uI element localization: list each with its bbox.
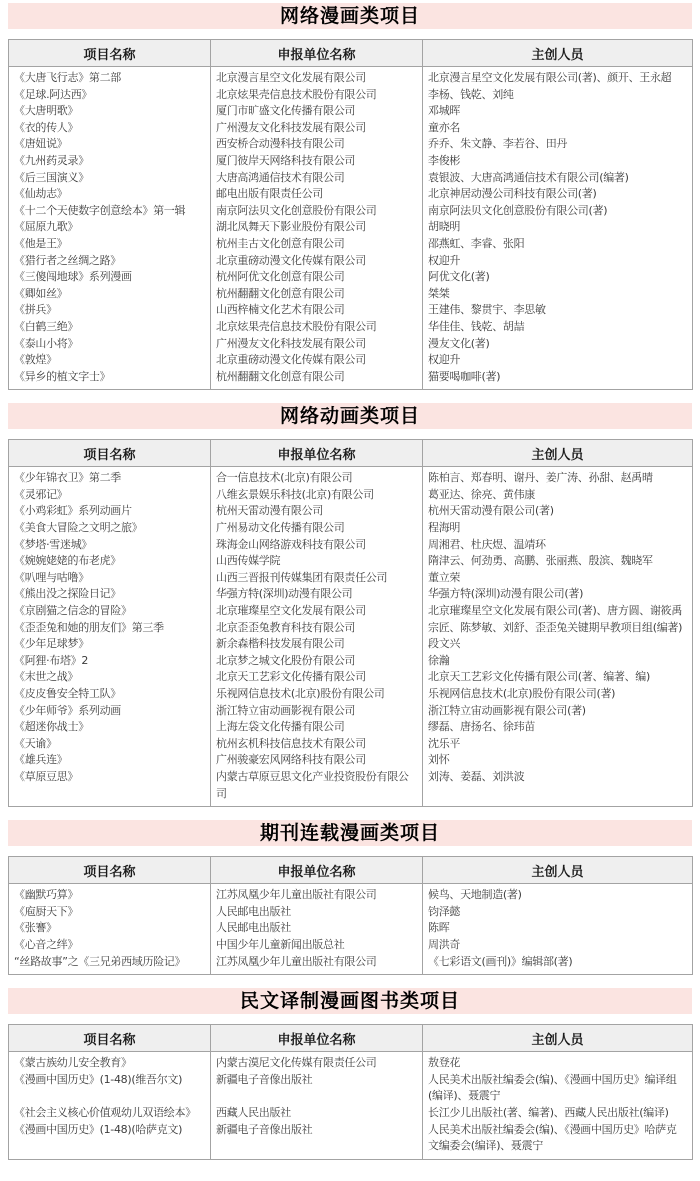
creators-cell: 邓城晖 [423,103,693,120]
project-name-cell: 《少年师爷》系列动画 [9,703,211,720]
table-row: 《卿如丝》 杭州翻翻文化创意有限公司 桀桀 [9,286,693,303]
project-name-cell: 《阿狸·布塔》2 [9,653,211,670]
creators-cell: 乐视网信息技术(北京)股份有限公司(著) [423,686,693,703]
table-row: 《梦塔·雪迷城》 珠海金山网络游戏科技有限公司 周湘君、杜庆煜、温靖环 [9,537,693,554]
unit-name-cell: 人民邮电出版社 [211,920,423,937]
creators-cell: 李俊彬 [423,153,693,170]
project-name-cell: 《歪歪兔和她的朋友们》第三季 [9,620,211,637]
column-header-project-name: 项目名称 [9,440,211,467]
table-row: 《猎行者之丝绸之路》 北京重磅动漫文化传媒有限公司 权迎升 [9,253,693,270]
unit-name-cell: 广州漫友文化科技发展有限公司 [211,336,423,353]
unit-name-cell: 江苏凤凰少年儿童出版社有限公司 [211,884,423,904]
table-row: 《末世之战》 北京天工艺彩文化传播有限公司 北京天工艺彩文化传播有限公司(著、编… [9,669,693,686]
creators-cell: 人民美术出版社编委会(编)、《漫画中国历史》编译组(编译)、聂震宁 [423,1072,693,1105]
project-name-cell: 《九州药灵录》 [9,153,211,170]
projects-table: 项目名称 申报单位名称 主创人员 《幽默巧算》 江苏凤凰少年儿童出版社有限公司 … [8,856,693,975]
section-title: 网络漫画类项目 [8,3,692,29]
unit-name-cell: 西藏人民出版社 [211,1105,423,1122]
table-header-row: 项目名称 申报单位名称 主创人员 [9,857,693,884]
column-header-unit-name: 申报单位名称 [211,1025,423,1052]
table-row: 《心音之绊》 中国少年儿童新闻出版总社 周洪奇 [9,937,693,954]
project-name-cell: 《衣的传人》 [9,120,211,137]
project-name-cell: 《漫画中国历史》(1-48)(维吾尔文) [9,1072,211,1105]
column-header-creators: 主创人员 [423,40,693,67]
unit-name-cell: 湖北凤舞天下影业股份有限公司 [211,219,423,236]
project-name-cell: 《超迷你战士》 [9,719,211,736]
project-section: 网络动画类项目 项目名称 申报单位名称 主创人员 《少年锦衣卫》第二季 合一信息… [8,403,692,807]
project-name-cell: 《婉婉姥姥的布老虎》 [9,553,211,570]
unit-name-cell: 新余森楷科技发展有限公司 [211,636,423,653]
table-row: 《蒙古族幼儿安全教育》 内蒙古漠尼文化传媒有限责任公司 敖登花 [9,1052,693,1072]
creators-cell: 胡晓明 [423,219,693,236]
table-row: 《足球.阿达西》 北京炫果壳信息技术股份有限公司 李杨、钱乾、刘纯 [9,87,693,104]
unit-name-cell: 北京璀璨星空文化发展有限公司 [211,603,423,620]
creators-cell: 周洪奇 [423,937,693,954]
table-row: “丝路故事”之《三兄弟西域历险记》 江苏凤凰少年儿童出版社有限公司 《七彩语文(… [9,954,693,975]
table-row: 《漫画中国历史》(1-48)(维吾尔文) 新疆电子音像出版社 人民美术出版社编委… [9,1072,693,1105]
table-row: 《婉婉姥姥的布老虎》 山西传媒学院 隋津云、何劲勇、高鹏、张丽燕、殷滨、魏晓军 [9,553,693,570]
project-name-cell: 《庖厨天下》 [9,904,211,921]
creators-cell: 刘怀 [423,752,693,769]
project-name-cell: 《后三国演义》 [9,170,211,187]
creators-cell: 权迎升 [423,352,693,369]
project-name-cell: 《他是王》 [9,236,211,253]
project-name-cell: 《仙劫志》 [9,186,211,203]
creators-cell: 程海明 [423,520,693,537]
unit-name-cell: 山西梓楠文化艺术有限公司 [211,302,423,319]
project-name-cell: 《漫画中国历史》(1-48)(哈萨克文) [9,1122,211,1160]
table-header-row: 项目名称 申报单位名称 主创人员 [9,1025,693,1052]
project-name-cell: 《草原豆思》 [9,769,211,807]
project-name-cell: 《敦煌》 [9,352,211,369]
table-header-row: 项目名称 申报单位名称 主创人员 [9,440,693,467]
unit-name-cell: 山西传媒学院 [211,553,423,570]
project-name-cell: 《足球.阿达西》 [9,87,211,104]
column-header-creators: 主创人员 [423,1025,693,1052]
unit-name-cell: 杭州翻翻文化创意有限公司 [211,369,423,390]
unit-name-cell: 中国少年儿童新闻出版总社 [211,937,423,954]
creators-cell: 缪磊、唐扬名、徐玮苗 [423,719,693,736]
project-name-cell: 《京剧猫之信念的冒险》 [9,603,211,620]
creators-cell: 杭州天雷动漫有限公司(著) [423,503,693,520]
table-row: 《张謇》 人民邮电出版社 陈晖 [9,920,693,937]
table-row: 《后三国演义》 大唐高鸿通信技术有限公司 袁银波、大唐高鸿通信技术有限公司(编著… [9,170,693,187]
unit-name-cell: 广州漫友文化科技发展有限公司 [211,120,423,137]
unit-name-cell: 北京梦之城文化股份有限公司 [211,653,423,670]
sections-container: 网络漫画类项目 项目名称 申报单位名称 主创人员 《大唐飞行志》第二部 北京漫言… [8,3,692,1160]
project-name-cell: 《末世之战》 [9,669,211,686]
creators-cell: 浙江特立宙动画影视有限公司(著) [423,703,693,720]
table-row: 《三傻闯地球》系列漫画 杭州阿优文化创意有限公司 阿优文化(著) [9,269,693,286]
creators-cell: 王建伟、黎贯宇、李思敏 [423,302,693,319]
table-row: 《漫画中国历史》(1-48)(哈萨克文) 新疆电子音像出版社 人民美术出版社编委… [9,1122,693,1160]
column-header-project-name: 项目名称 [9,857,211,884]
project-name-cell: 《美食大冒险之文明之旅》 [9,520,211,537]
unit-name-cell: 北京漫言星空文化发展有限公司 [211,67,423,87]
creators-cell: 邵燕虹、李睿、张阳 [423,236,693,253]
unit-name-cell: 内蒙古草原豆思文化产业投资股份有限公司 [211,769,423,807]
project-name-cell: 《十二个天使数字创意绘本》第一辑 [9,203,211,220]
creators-cell: 《七彩语文(画刊)》编辑部(著) [423,954,693,975]
creators-cell: 刘涛、姜磊、刘洪波 [423,769,693,807]
projects-table: 项目名称 申报单位名称 主创人员 《少年锦衣卫》第二季 合一信息技术(北京)有限… [8,439,693,807]
project-name-cell: 《大唐明歌》 [9,103,211,120]
project-section: 网络漫画类项目 项目名称 申报单位名称 主创人员 《大唐飞行志》第二部 北京漫言… [8,3,692,390]
project-name-cell: 《蒙古族幼儿安全教育》 [9,1052,211,1072]
project-name-cell: 《皮皮鲁安全特工队》 [9,686,211,703]
project-name-cell: 《泰山小将》 [9,336,211,353]
creators-cell: 陈柏言、郑春明、谢丹、姜广涛、孙甜、赵禹晴 [423,467,693,487]
creators-cell: 华强方特(深圳)动漫有限公司(著) [423,586,693,603]
project-section: 期刊连载漫画类项目 项目名称 申报单位名称 主创人员 《幽默巧算》 江苏凤凰少年… [8,820,692,975]
creators-cell: 董立荣 [423,570,693,587]
table-row: 《他是王》 杭州圭古文化创意有限公司 邵燕虹、李睿、张阳 [9,236,693,253]
project-name-cell: 《拼兵》 [9,302,211,319]
creators-cell: 权迎升 [423,253,693,270]
table-row: 《天谕》 杭州玄机科技信息技术有限公司 沈乐平 [9,736,693,753]
creators-cell: 华佳佳、钱乾、胡喆 [423,319,693,336]
unit-name-cell: 北京重磅动漫文化传媒有限公司 [211,352,423,369]
table-row: 《拼兵》 山西梓楠文化艺术有限公司 王建伟、黎贯宇、李思敏 [9,302,693,319]
project-name-cell: 《三傻闯地球》系列漫画 [9,269,211,286]
table-row: 《熊出没之探险日记》 华强方特(深圳)动漫有限公司 华强方特(深圳)动漫有限公司… [9,586,693,603]
creators-cell: 周湘君、杜庆煜、温靖环 [423,537,693,554]
creators-cell: 北京漫言星空文化发展有限公司(著)、颜开、王永超 [423,67,693,87]
table-row: 《少年师爷》系列动画 浙江特立宙动画影视有限公司 浙江特立宙动画影视有限公司(著… [9,703,693,720]
project-name-cell: 《白鹤三绝》 [9,319,211,336]
project-name-cell: 《少年足球梦》 [9,636,211,653]
project-name-cell: 《天谕》 [9,736,211,753]
project-name-cell: 《幽默巧算》 [9,884,211,904]
project-name-cell: 《屈原九歌》 [9,219,211,236]
table-row: 《社会主义核心价值观幼儿双语绘本》 西藏人民出版社 长江少儿出版社(著、编著)、… [9,1105,693,1122]
creators-cell: 徐瀚 [423,653,693,670]
unit-name-cell: 人民邮电出版社 [211,904,423,921]
unit-name-cell: 北京炫果壳信息技术股份有限公司 [211,319,423,336]
table-row: 《十二个天使数字创意绘本》第一辑 南京阿法贝文化创意股份有限公司 南京阿法贝文化… [9,203,693,220]
table-body: 《少年锦衣卫》第二季 合一信息技术(北京)有限公司 陈柏言、郑春明、谢丹、姜广涛… [9,467,693,807]
unit-name-cell: 江苏凤凰少年儿童出版社有限公司 [211,954,423,975]
creators-cell: 猫要喝咖啡(著) [423,369,693,390]
unit-name-cell: 邮电出版有限责任公司 [211,186,423,203]
project-name-cell: 《卿如丝》 [9,286,211,303]
unit-name-cell: 杭州玄机科技信息技术有限公司 [211,736,423,753]
column-header-creators: 主创人员 [423,440,693,467]
table-header-row: 项目名称 申报单位名称 主创人员 [9,40,693,67]
creators-cell: 钧泽懿 [423,904,693,921]
creators-cell: 敖登花 [423,1052,693,1072]
project-name-cell: 《心音之绊》 [9,937,211,954]
section-title: 民文译制漫画图书类项目 [8,988,692,1014]
table-row: 《京剧猫之信念的冒险》 北京璀璨星空文化发展有限公司 北京璀璨星空文化发展有限公… [9,603,693,620]
creators-cell: 李杨、钱乾、刘纯 [423,87,693,104]
project-name-cell: 《唐妞说》 [9,136,211,153]
unit-name-cell: 杭州圭古文化创意有限公司 [211,236,423,253]
unit-name-cell: 杭州天雷动漫有限公司 [211,503,423,520]
project-section: 民文译制漫画图书类项目 项目名称 申报单位名称 主创人员 《蒙古族幼儿安全教育》… [8,988,692,1160]
creators-cell: 沈乐平 [423,736,693,753]
unit-name-cell: 广州骏豪宏风网络科技有限公司 [211,752,423,769]
project-name-cell: 《梦塔·雪迷城》 [9,537,211,554]
column-header-unit-name: 申报单位名称 [211,440,423,467]
table-row: 《敦煌》 北京重磅动漫文化传媒有限公司 权迎升 [9,352,693,369]
project-name-cell: 《叭哩与咕噜》 [9,570,211,587]
unit-name-cell: 山西三晋报刊传媒集团有限责任公司 [211,570,423,587]
table-row: 《白鹤三绝》 北京炫果壳信息技术股份有限公司 华佳佳、钱乾、胡喆 [9,319,693,336]
project-name-cell: 《社会主义核心价值观幼儿双语绘本》 [9,1105,211,1122]
unit-name-cell: 西安桥合动漫科技有限公司 [211,136,423,153]
unit-name-cell: 杭州阿优文化创意有限公司 [211,269,423,286]
unit-name-cell: 合一信息技术(北京)有限公司 [211,467,423,487]
unit-name-cell: 新疆电子音像出版社 [211,1072,423,1105]
projects-table: 项目名称 申报单位名称 主创人员 《蒙古族幼儿安全教育》 内蒙古漠尼文化传媒有限… [8,1024,693,1160]
table-row: 《仙劫志》 邮电出版有限责任公司 北京神居动漫公司科技有限公司(著) [9,186,693,203]
project-name-cell: 《少年锦衣卫》第二季 [9,467,211,487]
creators-cell: 葛亚达、徐亮、黄伟康 [423,487,693,504]
table-body: 《大唐飞行志》第二部 北京漫言星空文化发展有限公司 北京漫言星空文化发展有限公司… [9,67,693,390]
projects-table: 项目名称 申报单位名称 主创人员 《大唐飞行志》第二部 北京漫言星空文化发展有限… [8,39,693,390]
unit-name-cell: 厦门彼岸天网络科技有限公司 [211,153,423,170]
document-page: 网络漫画类项目 项目名称 申报单位名称 主创人员 《大唐飞行志》第二部 北京漫言… [0,0,700,1181]
unit-name-cell: 杭州翻翻文化创意有限公司 [211,286,423,303]
table-row: 《幽默巧算》 江苏凤凰少年儿童出版社有限公司 候鸟、天地制造(著) [9,884,693,904]
creators-cell: 北京神居动漫公司科技有限公司(著) [423,186,693,203]
table-row: 《泰山小将》 广州漫友文化科技发展有限公司 漫友文化(著) [9,336,693,353]
unit-name-cell: 大唐高鸿通信技术有限公司 [211,170,423,187]
unit-name-cell: 北京炫果壳信息技术股份有限公司 [211,87,423,104]
unit-name-cell: 厦门市旷盛文化传播有限公司 [211,103,423,120]
creators-cell: 乔乔、朱文静、李若谷、田丹 [423,136,693,153]
table-row: 《超迷你战士》 上海左袋文化传播有限公司 缪磊、唐扬名、徐玮苗 [9,719,693,736]
project-name-cell: 《灵邪记》 [9,487,211,504]
unit-name-cell: 乐视网信息技术(北京)股份有限公司 [211,686,423,703]
table-row: 《美食大冒险之文明之旅》 广州易动文化传播有限公司 程海明 [9,520,693,537]
table-row: 《大唐明歌》 厦门市旷盛文化传播有限公司 邓城晖 [9,103,693,120]
project-name-cell: 《张謇》 [9,920,211,937]
creators-cell: 长江少儿出版社(著、编著)、西藏人民出版社(编译) [423,1105,693,1122]
table-row: 《屈原九歌》 湖北凤舞天下影业股份有限公司 胡晓明 [9,219,693,236]
unit-name-cell: 南京阿法贝文化创意股份有限公司 [211,203,423,220]
unit-name-cell: 北京歪歪兔教育科技有限公司 [211,620,423,637]
table-row: 《异乡的植文字士》 杭州翻翻文化创意有限公司 猫要喝咖啡(著) [9,369,693,390]
table-row: 《皮皮鲁安全特工队》 乐视网信息技术(北京)股份有限公司 乐视网信息技术(北京)… [9,686,693,703]
column-header-project-name: 项目名称 [9,40,211,67]
table-row: 《小鸡彩虹》系列动画片 杭州天雷动漫有限公司 杭州天雷动漫有限公司(著) [9,503,693,520]
creators-cell: 隋津云、何劲勇、高鹏、张丽燕、殷滨、魏晓军 [423,553,693,570]
table-row: 《九州药灵录》 厦门彼岸天网络科技有限公司 李俊彬 [9,153,693,170]
table-row: 《少年锦衣卫》第二季 合一信息技术(北京)有限公司 陈柏言、郑春明、谢丹、姜广涛… [9,467,693,487]
table-row: 《衣的传人》 广州漫友文化科技发展有限公司 童亦名 [9,120,693,137]
creators-cell: 人民美术出版社编委会(编)、《漫画中国历史》哈萨克文编委会(编译)、聂震宁 [423,1122,693,1160]
creators-cell: 漫友文化(著) [423,336,693,353]
table-row: 《歪歪兔和她的朋友们》第三季 北京歪歪兔教育科技有限公司 宗匠、陈梦敏、刘舒、歪… [9,620,693,637]
creators-cell: 段文兴 [423,636,693,653]
project-name-cell: 《大唐飞行志》第二部 [9,67,211,87]
table-row: 《唐妞说》 西安桥合动漫科技有限公司 乔乔、朱文静、李若谷、田丹 [9,136,693,153]
section-title: 期刊连载漫画类项目 [8,820,692,846]
creators-cell: 南京阿法贝文化创意股份有限公司(著) [423,203,693,220]
unit-name-cell: 广州易动文化传播有限公司 [211,520,423,537]
column-header-unit-name: 申报单位名称 [211,857,423,884]
table-body: 《幽默巧算》 江苏凤凰少年儿童出版社有限公司 候鸟、天地制造(著) 《庖厨天下》… [9,884,693,975]
unit-name-cell: 新疆电子音像出版社 [211,1122,423,1160]
unit-name-cell: 北京重磅动漫文化传媒有限公司 [211,253,423,270]
project-name-cell: 《猎行者之丝绸之路》 [9,253,211,270]
unit-name-cell: 北京天工艺彩文化传播有限公司 [211,669,423,686]
unit-name-cell: 八维玄景娱乐科技(北京)有限公司 [211,487,423,504]
table-row: 《草原豆思》 内蒙古草原豆思文化产业投资股份有限公司 刘涛、姜磊、刘洪波 [9,769,693,807]
table-row: 《雄兵连》 广州骏豪宏风网络科技有限公司 刘怀 [9,752,693,769]
project-name-cell: 《熊出没之探险日记》 [9,586,211,603]
creators-cell: 北京天工艺彩文化传播有限公司(著、编著、编) [423,669,693,686]
table-row: 《叭哩与咕噜》 山西三晋报刊传媒集团有限责任公司 董立荣 [9,570,693,587]
creators-cell: 候鸟、天地制造(著) [423,884,693,904]
creators-cell: 袁银波、大唐高鸿通信技术有限公司(编著) [423,170,693,187]
unit-name-cell: 华强方特(深圳)动漫有限公司 [211,586,423,603]
creators-cell: 阿优文化(著) [423,269,693,286]
creators-cell: 童亦名 [423,120,693,137]
column-header-creators: 主创人员 [423,857,693,884]
unit-name-cell: 浙江特立宙动画影视有限公司 [211,703,423,720]
table-row: 《大唐飞行志》第二部 北京漫言星空文化发展有限公司 北京漫言星空文化发展有限公司… [9,67,693,87]
unit-name-cell: 内蒙古漠尼文化传媒有限责任公司 [211,1052,423,1072]
column-header-project-name: 项目名称 [9,1025,211,1052]
table-row: 《少年足球梦》 新余森楷科技发展有限公司 段文兴 [9,636,693,653]
unit-name-cell: 上海左袋文化传播有限公司 [211,719,423,736]
creators-cell: 陈晖 [423,920,693,937]
project-name-cell: 《雄兵连》 [9,752,211,769]
table-body: 《蒙古族幼儿安全教育》 内蒙古漠尼文化传媒有限责任公司 敖登花 《漫画中国历史》… [9,1052,693,1160]
project-name-cell: 《异乡的植文字士》 [9,369,211,390]
project-name-cell: “丝路故事”之《三兄弟西域历险记》 [9,954,211,975]
table-row: 《灵邪记》 八维玄景娱乐科技(北京)有限公司 葛亚达、徐亮、黄伟康 [9,487,693,504]
creators-cell: 桀桀 [423,286,693,303]
table-row: 《阿狸·布塔》2 北京梦之城文化股份有限公司 徐瀚 [9,653,693,670]
project-name-cell: 《小鸡彩虹》系列动画片 [9,503,211,520]
unit-name-cell: 珠海金山网络游戏科技有限公司 [211,537,423,554]
column-header-unit-name: 申报单位名称 [211,40,423,67]
creators-cell: 北京璀璨星空文化发展有限公司(著)、唐方圆、谢筱禹 [423,603,693,620]
table-row: 《庖厨天下》 人民邮电出版社 钧泽懿 [9,904,693,921]
creators-cell: 宗匠、陈梦敏、刘舒、歪歪兔关键期早教项目组(编著) [423,620,693,637]
section-title: 网络动画类项目 [8,403,692,429]
